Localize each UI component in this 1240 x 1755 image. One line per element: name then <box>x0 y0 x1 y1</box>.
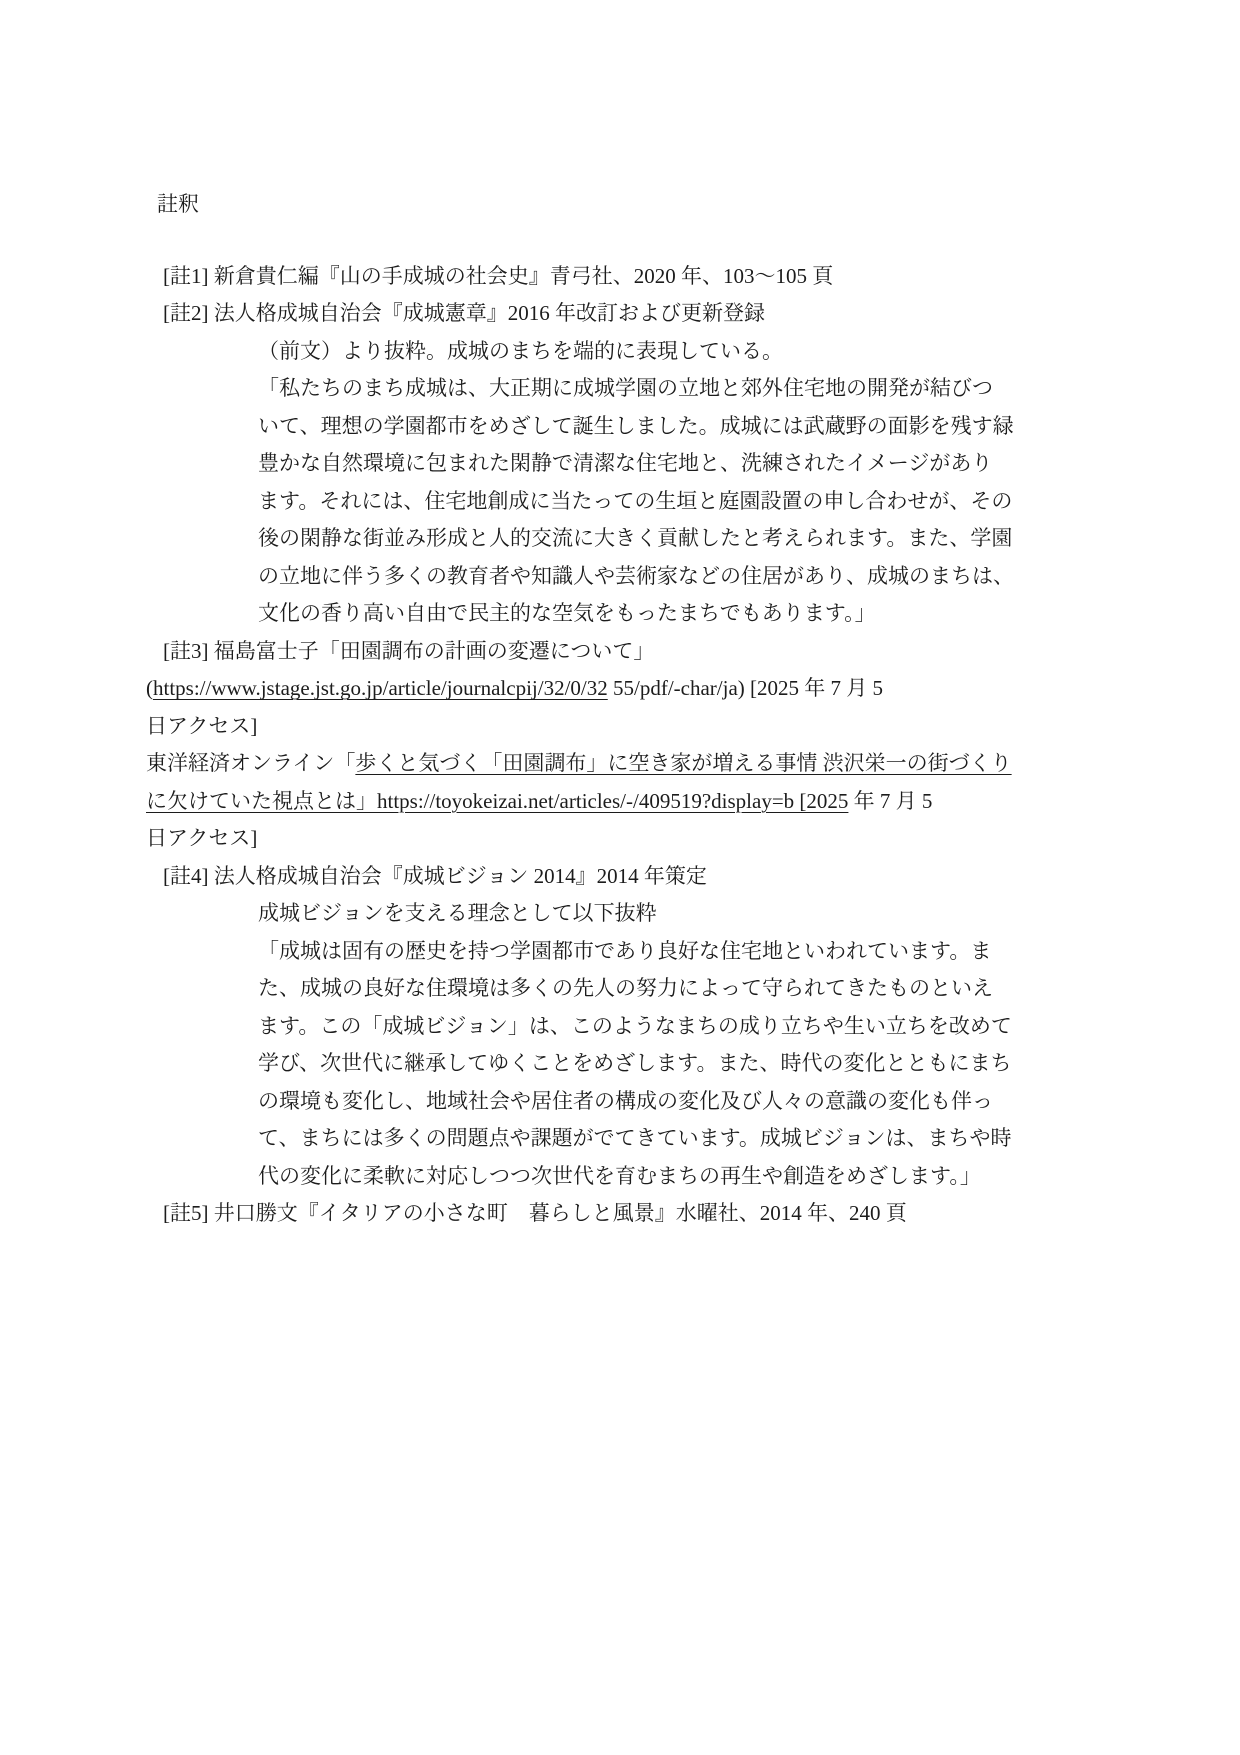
text-segment: ( <box>146 676 153 700</box>
text-segment: 学び、次世代に継承してゆくことをめざします。また、時代の変化とともにまち <box>258 1051 1011 1075</box>
text-segment: て、まちには多くの問題点や課題がでてきています。成城ビジョンは、まちや時 <box>258 1126 1011 1150</box>
text-segment: ます。この「成城ビジョン」は、このようなまちの成り立ちや生い立ちを改めて <box>258 1014 1012 1038</box>
doc-line: 東洋経済オンライン「歩くと気づく「田園調布」に空き家が増える事情 渋沢栄一の街づ… <box>146 745 1110 783</box>
link-text[interactable]: https://www.jstage.jst.go.jp/article/jou… <box>153 676 608 700</box>
document-page: 註釈 [註1] 新倉貴仁編『山の手成城の社会史』青弓社、2020 年、103～1… <box>0 0 1240 1755</box>
text-segment: いて、理想の学園都市をめざして誕生しました。成城には武蔵野の面影を残す緑 <box>258 414 1014 438</box>
doc-line: 「成城は固有の歴史を持つ学園都市であり良好な住宅地といわれています。ま <box>258 933 1110 971</box>
page-title: 註釈 <box>157 186 1110 224</box>
doc-line: いて、理想の学園都市をめざして誕生しました。成城には武蔵野の面影を残す緑 <box>258 408 1110 446</box>
text-segment: 日アクセス] <box>146 714 257 738</box>
link-text[interactable]: に欠けていた視点とは」https://toyokeizai.net/articl… <box>146 789 848 813</box>
doc-line: ます。この「成城ビジョン」は、このようなまちの成り立ちや生い立ちを改めて <box>258 1008 1110 1046</box>
text-segment: 東洋経済オンライン「 <box>146 751 355 775</box>
text-segment: の立地に伴う多くの教育者や知識人や芸術家などの住居があり、成城のまちは、 <box>258 564 1014 588</box>
text-segment: 後の閑静な街並み形成と人的交流に大きく貢献したと考えられます。また、学園 <box>258 526 1012 550</box>
doc-line: 成城ビジョンを支える理念として以下抜粋 <box>258 895 1110 933</box>
doc-line: 代の変化に柔軟に対応しつつ次世代を育むまちの再生や創造をめざします。」 <box>258 1158 1110 1196</box>
doc-line: [註1] 新倉貴仁編『山の手成城の社会史』青弓社、2020 年、103～105 … <box>163 258 1110 296</box>
doc-line: 学び、次世代に継承してゆくことをめざします。また、時代の変化とともにまち <box>258 1045 1110 1083</box>
notes-list: [註1] 新倉貴仁編『山の手成城の社会史』青弓社、2020 年、103～105 … <box>146 258 1110 1233</box>
text-segment: ます。それには、住宅地創成に当たっての生垣と庭園設置の申し合わせが、その <box>258 489 1012 513</box>
text-segment: の環境も変化し、地域社会や居住者の構成の変化及び人々の意識の変化も伴っ <box>258 1089 993 1113</box>
doc-line: に欠けていた視点とは」https://toyokeizai.net/articl… <box>146 783 1110 821</box>
doc-line: 文化の香り高い自由で民主的な空気をもったまちでもあります。」 <box>258 595 1110 633</box>
text-segment: [註3] 福島富士子「田園調布の計画の変遷について」 <box>163 639 654 663</box>
doc-line: [註2] 法人格成城自治会『成城憲章』2016 年改訂および更新登録 <box>163 295 1110 333</box>
text-segment: [註5] 井口勝文『イタリアの小さな町 暮らしと風景』水曜社、2014 年、24… <box>163 1201 907 1225</box>
text-segment: [註1] 新倉貴仁編『山の手成城の社会史』青弓社、2020 年、103～105 … <box>163 264 833 288</box>
text-segment: 代の変化に柔軟に対応しつつ次世代を育むまちの再生や創造をめざします。」 <box>258 1164 981 1188</box>
text-segment: [註2] 法人格成城自治会『成城憲章』2016 年改訂および更新登録 <box>163 301 765 325</box>
doc-line: ます。それには、住宅地創成に当たっての生垣と庭園設置の申し合わせが、その <box>258 483 1110 521</box>
text-segment: 「成城は固有の歴史を持つ学園都市であり良好な住宅地といわれています。ま <box>258 939 991 963</box>
doc-line: て、まちには多くの問題点や課題がでてきています。成城ビジョンは、まちや時 <box>258 1120 1110 1158</box>
text-segment: た、成城の良好な住環境は多くの先人の努力によって守られてきたものといえ <box>258 976 993 1000</box>
doc-line: た、成城の良好な住環境は多くの先人の努力によって守られてきたものといえ <box>258 970 1110 1008</box>
doc-line: 後の閑静な街並み形成と人的交流に大きく貢献したと考えられます。また、学園 <box>258 520 1110 558</box>
doc-line: (https://www.jstage.jst.go.jp/article/jo… <box>146 670 1110 708</box>
doc-line: 日アクセス] <box>146 708 1110 746</box>
text-segment: [註4] 法人格成城自治会『成城ビジョン 2014』2014 年策定 <box>163 864 707 888</box>
doc-line: の環境も変化し、地域社会や居住者の構成の変化及び人々の意識の変化も伴っ <box>258 1083 1110 1121</box>
text-segment: （前文）より抜粋。成城のまちを端的に表現している。 <box>258 339 783 363</box>
text-segment: 文化の香り高い自由で民主的な空気をもったまちでもあります。」 <box>258 601 876 625</box>
doc-line: [註4] 法人格成城自治会『成城ビジョン 2014』2014 年策定 <box>163 858 1110 896</box>
link-text[interactable]: 歩くと気づく「田園調布」に空き家が増える事情 渋沢栄一の街づくり <box>355 751 1011 775</box>
doc-line: の立地に伴う多くの教育者や知識人や芸術家などの住居があり、成城のまちは、 <box>258 558 1110 596</box>
doc-line: [註5] 井口勝文『イタリアの小さな町 暮らしと風景』水曜社、2014 年、24… <box>163 1195 1110 1233</box>
text-segment: 成城ビジョンを支える理念として以下抜粋 <box>258 901 657 925</box>
doc-line: 豊かな自然環境に包まれた閑静で清潔な住宅地と、洗練されたイメージがあり <box>258 445 1110 483</box>
doc-line: 「私たちのまち成城は、大正期に成城学園の立地と郊外住宅地の開発が結びつ <box>258 370 1110 408</box>
text-segment: 年 7 月 5 <box>848 789 932 813</box>
text-segment: 日アクセス] <box>146 826 257 850</box>
text-segment: 「私たちのまち成城は、大正期に成城学園の立地と郊外住宅地の開発が結びつ <box>258 376 993 400</box>
text-segment: 55/pdf/-char/ja) [2025 年 7 月 5 <box>608 676 883 700</box>
doc-line: 日アクセス] <box>146 820 1110 858</box>
text-segment: 豊かな自然環境に包まれた閑静で清潔な住宅地と、洗練されたイメージがあり <box>258 451 992 475</box>
doc-line: [註3] 福島富士子「田園調布の計画の変遷について」 <box>163 633 1110 671</box>
doc-line: （前文）より抜粋。成城のまちを端的に表現している。 <box>258 333 1110 371</box>
